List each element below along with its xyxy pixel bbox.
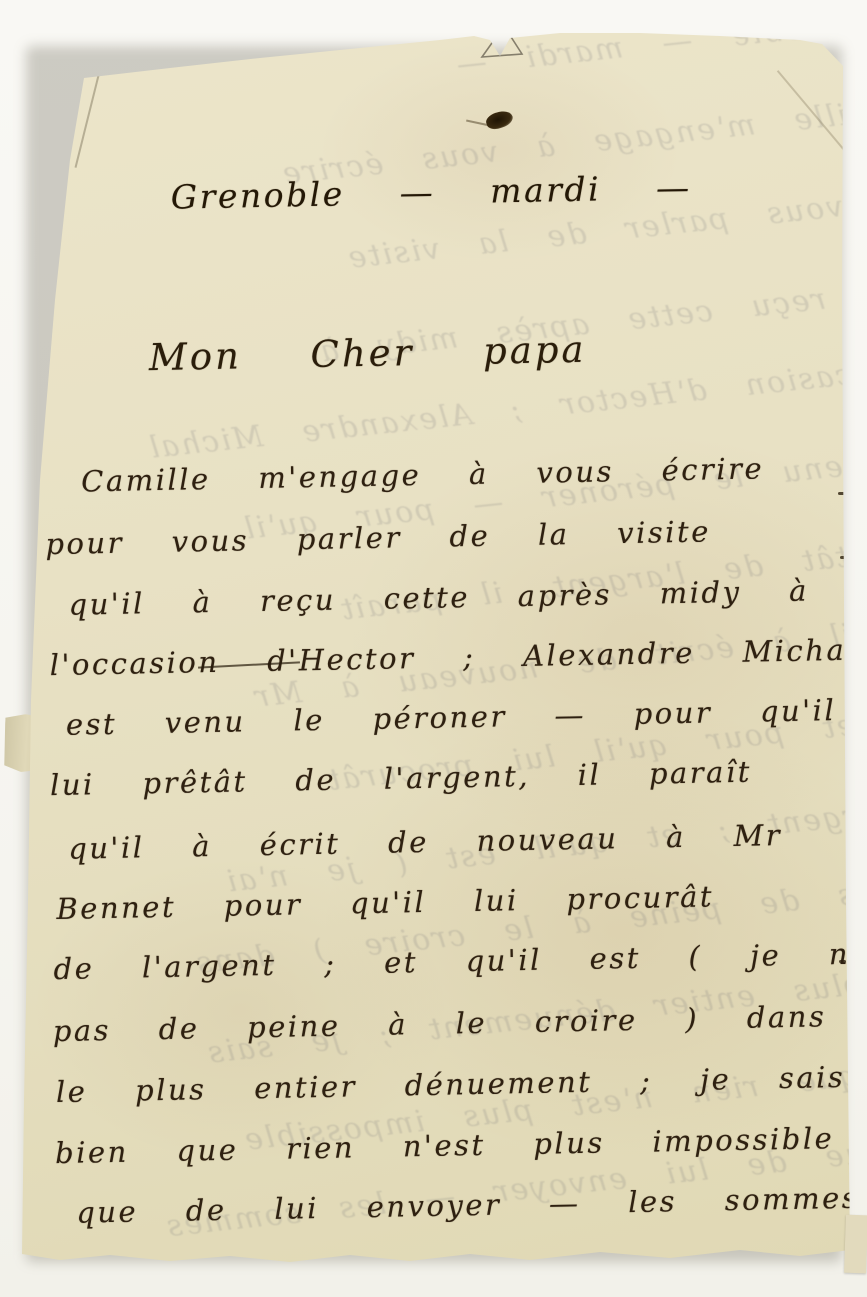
letter-line: l'occasion d'Hector ; Alexandre Michal <box>49 633 858 683</box>
letter-line: le plus entier dénuement ; je sais <box>56 1060 846 1109</box>
letter-line: lui prêtât de l'argent, il paraît <box>50 755 752 802</box>
letter-line: qu'il à reçu cette après midy à <box>68 574 809 622</box>
letter-line: bien que rien n'est plus impossible <box>55 1121 835 1170</box>
scanned-letter-page: Grenoble — mardi —Camille m'engage à vou… <box>0 0 867 1297</box>
letter-paper: Grenoble — mardi —Camille m'engage à vou… <box>0 0 867 1297</box>
letter-line: pour vous parler de la visite <box>45 514 711 561</box>
letter-line: Bennet pour qu'il lui procurât <box>56 879 714 926</box>
handwritten-text-layer: Grenoble — mardi — Mon Cher papa Camille… <box>0 0 867 1297</box>
letter-line: que de lui envoyer — les sommes <box>76 1181 859 1230</box>
salutation-line: Mon Cher papa <box>148 328 586 379</box>
letter-line: pas de peine à le croire ) dans <box>52 999 826 1048</box>
letter-line: est venu le péroner — pour qu'il <box>66 693 837 742</box>
under-sheet-edge <box>844 1215 867 1274</box>
place-date-line: Grenoble — mardi — <box>170 168 692 217</box>
letter-line: qu'il à écrit de nouveau à Mr <box>68 818 782 866</box>
letter-line: Camille m'engage à vous écrire <box>81 451 765 498</box>
letter-line: de l'argent ; et qu'il est ( je n'ai <box>53 936 867 986</box>
